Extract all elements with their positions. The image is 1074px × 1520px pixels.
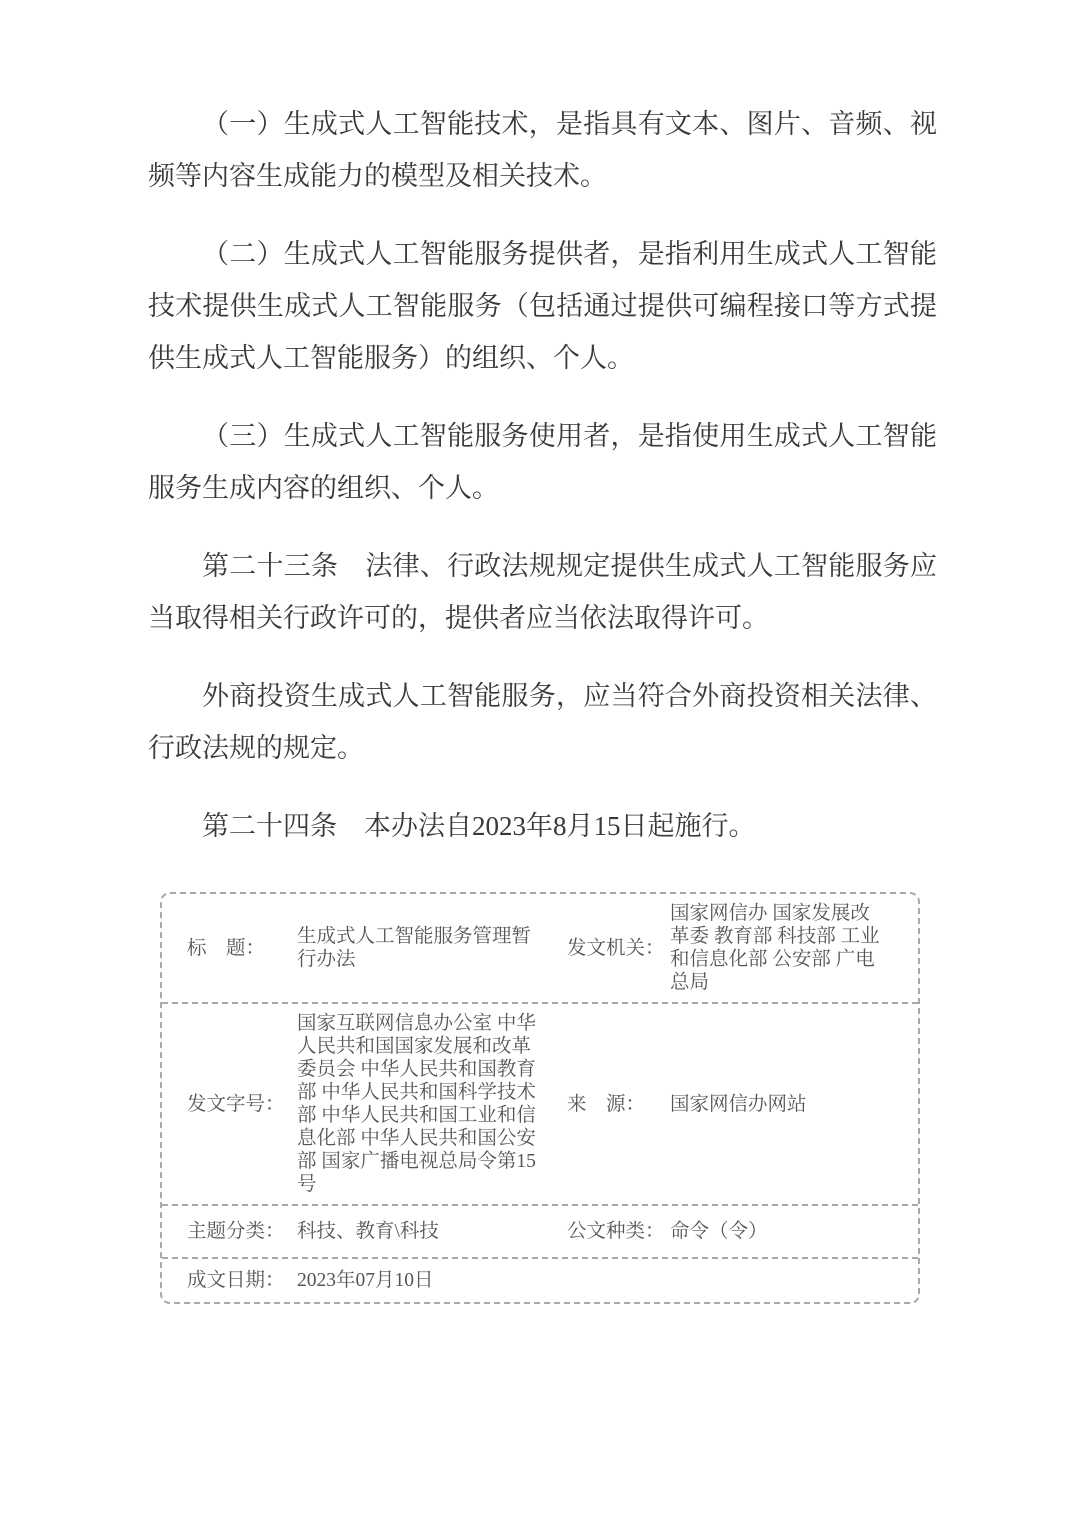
value-issuing-agency: 国家网信办 国家发展改革委 教育部 科技部 工业和信息化部 公安部 广电总局 [670, 902, 900, 994]
value-topic-category: 科技、教育\科技 [297, 1220, 567, 1243]
label-source: 来 源： [567, 1093, 670, 1116]
table-row-category-type: 主题分类： 科技、教育\科技 公文种类： 命令（令） [162, 1204, 918, 1257]
paragraph-definition-2: （二）生成式人工智能服务提供者，是指利用生成式人工智能技术提供生成式人工智能服务… [148, 228, 937, 384]
paragraph-article-24: 第二十四条 本办法自2023年8月15日起施行。 [148, 800, 937, 852]
value-source: 国家网信办网站 [670, 1093, 900, 1116]
value-document-type: 命令（令） [670, 1220, 900, 1243]
paragraph-foreign-investment: 外商投资生成式人工智能服务，应当符合外商投资相关法律、行政法规的规定。 [148, 670, 937, 774]
document-page: （一）生成式人工智能技术，是指具有文本、图片、音频、视频等内容生成能力的模型及相… [0, 0, 1074, 1520]
label-topic-category: 主题分类： [187, 1220, 297, 1243]
paragraph-definition-3: （三）生成式人工智能服务使用者，是指使用生成式人工智能服务生成内容的组织、个人。 [148, 410, 937, 514]
metadata-table: 标 题： 生成式人工智能服务管理暂行办法 发文机关： 国家网信办 国家发展改革委… [160, 892, 920, 1304]
value-title: 生成式人工智能服务管理暂行办法 [297, 925, 567, 971]
value-issue-date: 2023年07月10日 [297, 1269, 900, 1292]
table-row-docnumber-source: 发文字号： 国家互联网信息办公室 中华人民共和国国家发展和改革委员会 中华人民共… [162, 1002, 918, 1204]
label-document-number: 发文字号： [187, 1093, 297, 1116]
value-document-number: 国家互联网信息办公室 中华人民共和国国家发展和改革委员会 中华人民共和国教育部 … [297, 1012, 567, 1196]
paragraph-definition-1: （一）生成式人工智能技术，是指具有文本、图片、音频、视频等内容生成能力的模型及相… [148, 98, 937, 202]
label-issuing-agency: 发文机关： [567, 937, 670, 960]
table-row-issue-date: 成文日期： 2023年07月10日 [162, 1257, 918, 1302]
table-row-title-agency: 标 题： 生成式人工智能服务管理暂行办法 发文机关： 国家网信办 国家发展改革委… [162, 894, 918, 1002]
document-body: （一）生成式人工智能技术，是指具有文本、图片、音频、视频等内容生成能力的模型及相… [0, 0, 1074, 852]
label-title: 标 题： [187, 937, 297, 960]
paragraph-article-23: 第二十三条 法律、行政法规规定提供生成式人工智能服务应当取得相关行政许可的，提供… [148, 540, 937, 644]
label-issue-date: 成文日期： [187, 1269, 297, 1292]
label-document-type: 公文种类： [567, 1220, 670, 1243]
